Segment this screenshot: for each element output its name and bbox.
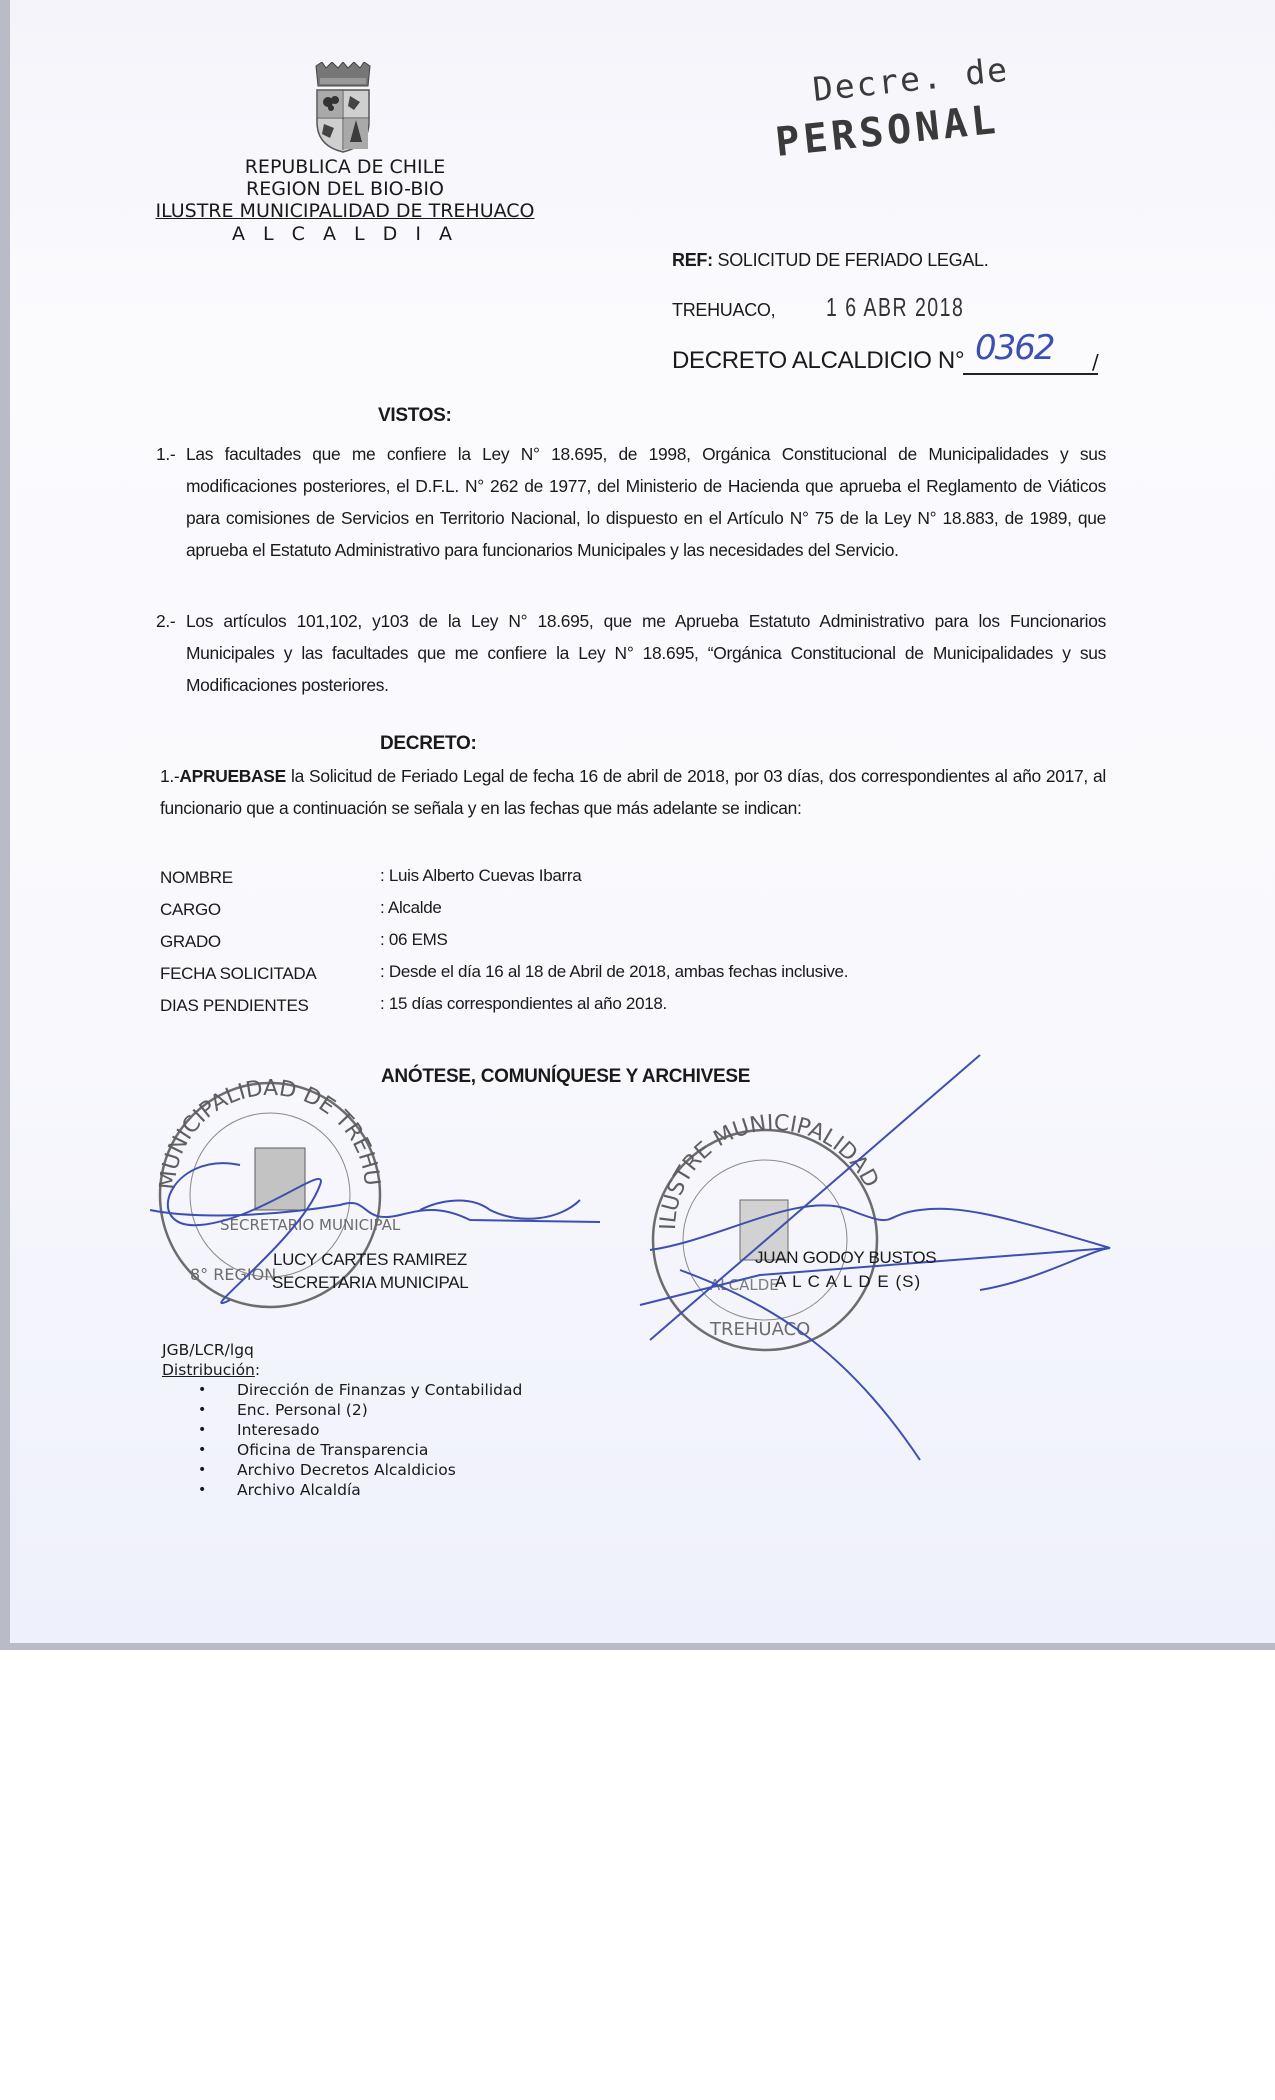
- distribution-colon: :: [255, 1361, 260, 1379]
- secretary-title: SECRETARIA MUNICIPAL: [272, 1273, 468, 1293]
- svg-text:SECRETARIO MUNICIPAL: SECRETARIO MUNICIPAL: [220, 1216, 401, 1234]
- distribution-item: Archivo Decretos Alcaldicios: [237, 1460, 456, 1480]
- distribution-item: Interesado: [237, 1420, 319, 1440]
- bullet-icon: •: [198, 1482, 206, 1498]
- distribution-heading: Distribución:: [162, 1360, 260, 1380]
- bullet-icon: •: [198, 1462, 206, 1478]
- distribution-item: Archivo Alcaldía: [237, 1480, 361, 1500]
- svg-text:8° REGION: 8° REGION: [190, 1265, 276, 1284]
- initials: JGB/LCR/lgq: [162, 1340, 254, 1360]
- svg-text:MUNICIPALIDAD DE TREHUACO: MUNICIPALIDAD DE TREHUACO: [0, 0, 384, 1191]
- secretary-seal-icon: MUNICIPALIDAD DE TREHUACO SECRETARIO MUN…: [0, 0, 401, 1307]
- mayor-seal-icon: ILUSTRE MUNICIPALIDAD ALCALDE TREHUACO: [653, 1111, 883, 1350]
- secretary-name: LUCY CARTES RAMIREZ: [273, 1250, 467, 1270]
- mayor-title: A L C A L D E (S): [775, 1272, 921, 1292]
- bullet-icon: •: [198, 1442, 206, 1458]
- seals-and-signatures: MUNICIPALIDAD DE TREHUACO SECRETARIO MUN…: [0, 0, 1275, 1650]
- distribution-item: Enc. Personal (2): [237, 1400, 368, 1420]
- distribution-label: Distribución: [162, 1361, 255, 1379]
- bullet-icon: •: [198, 1402, 206, 1418]
- bullet-icon: •: [198, 1422, 206, 1438]
- distribution-item: Oficina de Transparencia: [237, 1440, 428, 1460]
- svg-text:TREHUACO: TREHUACO: [709, 1319, 810, 1340]
- bullet-icon: •: [198, 1382, 206, 1398]
- distribution-item: Dirección de Finanzas y Contabilidad: [237, 1380, 522, 1400]
- mayor-name: JUAN GODOY BUSTOS: [755, 1248, 936, 1268]
